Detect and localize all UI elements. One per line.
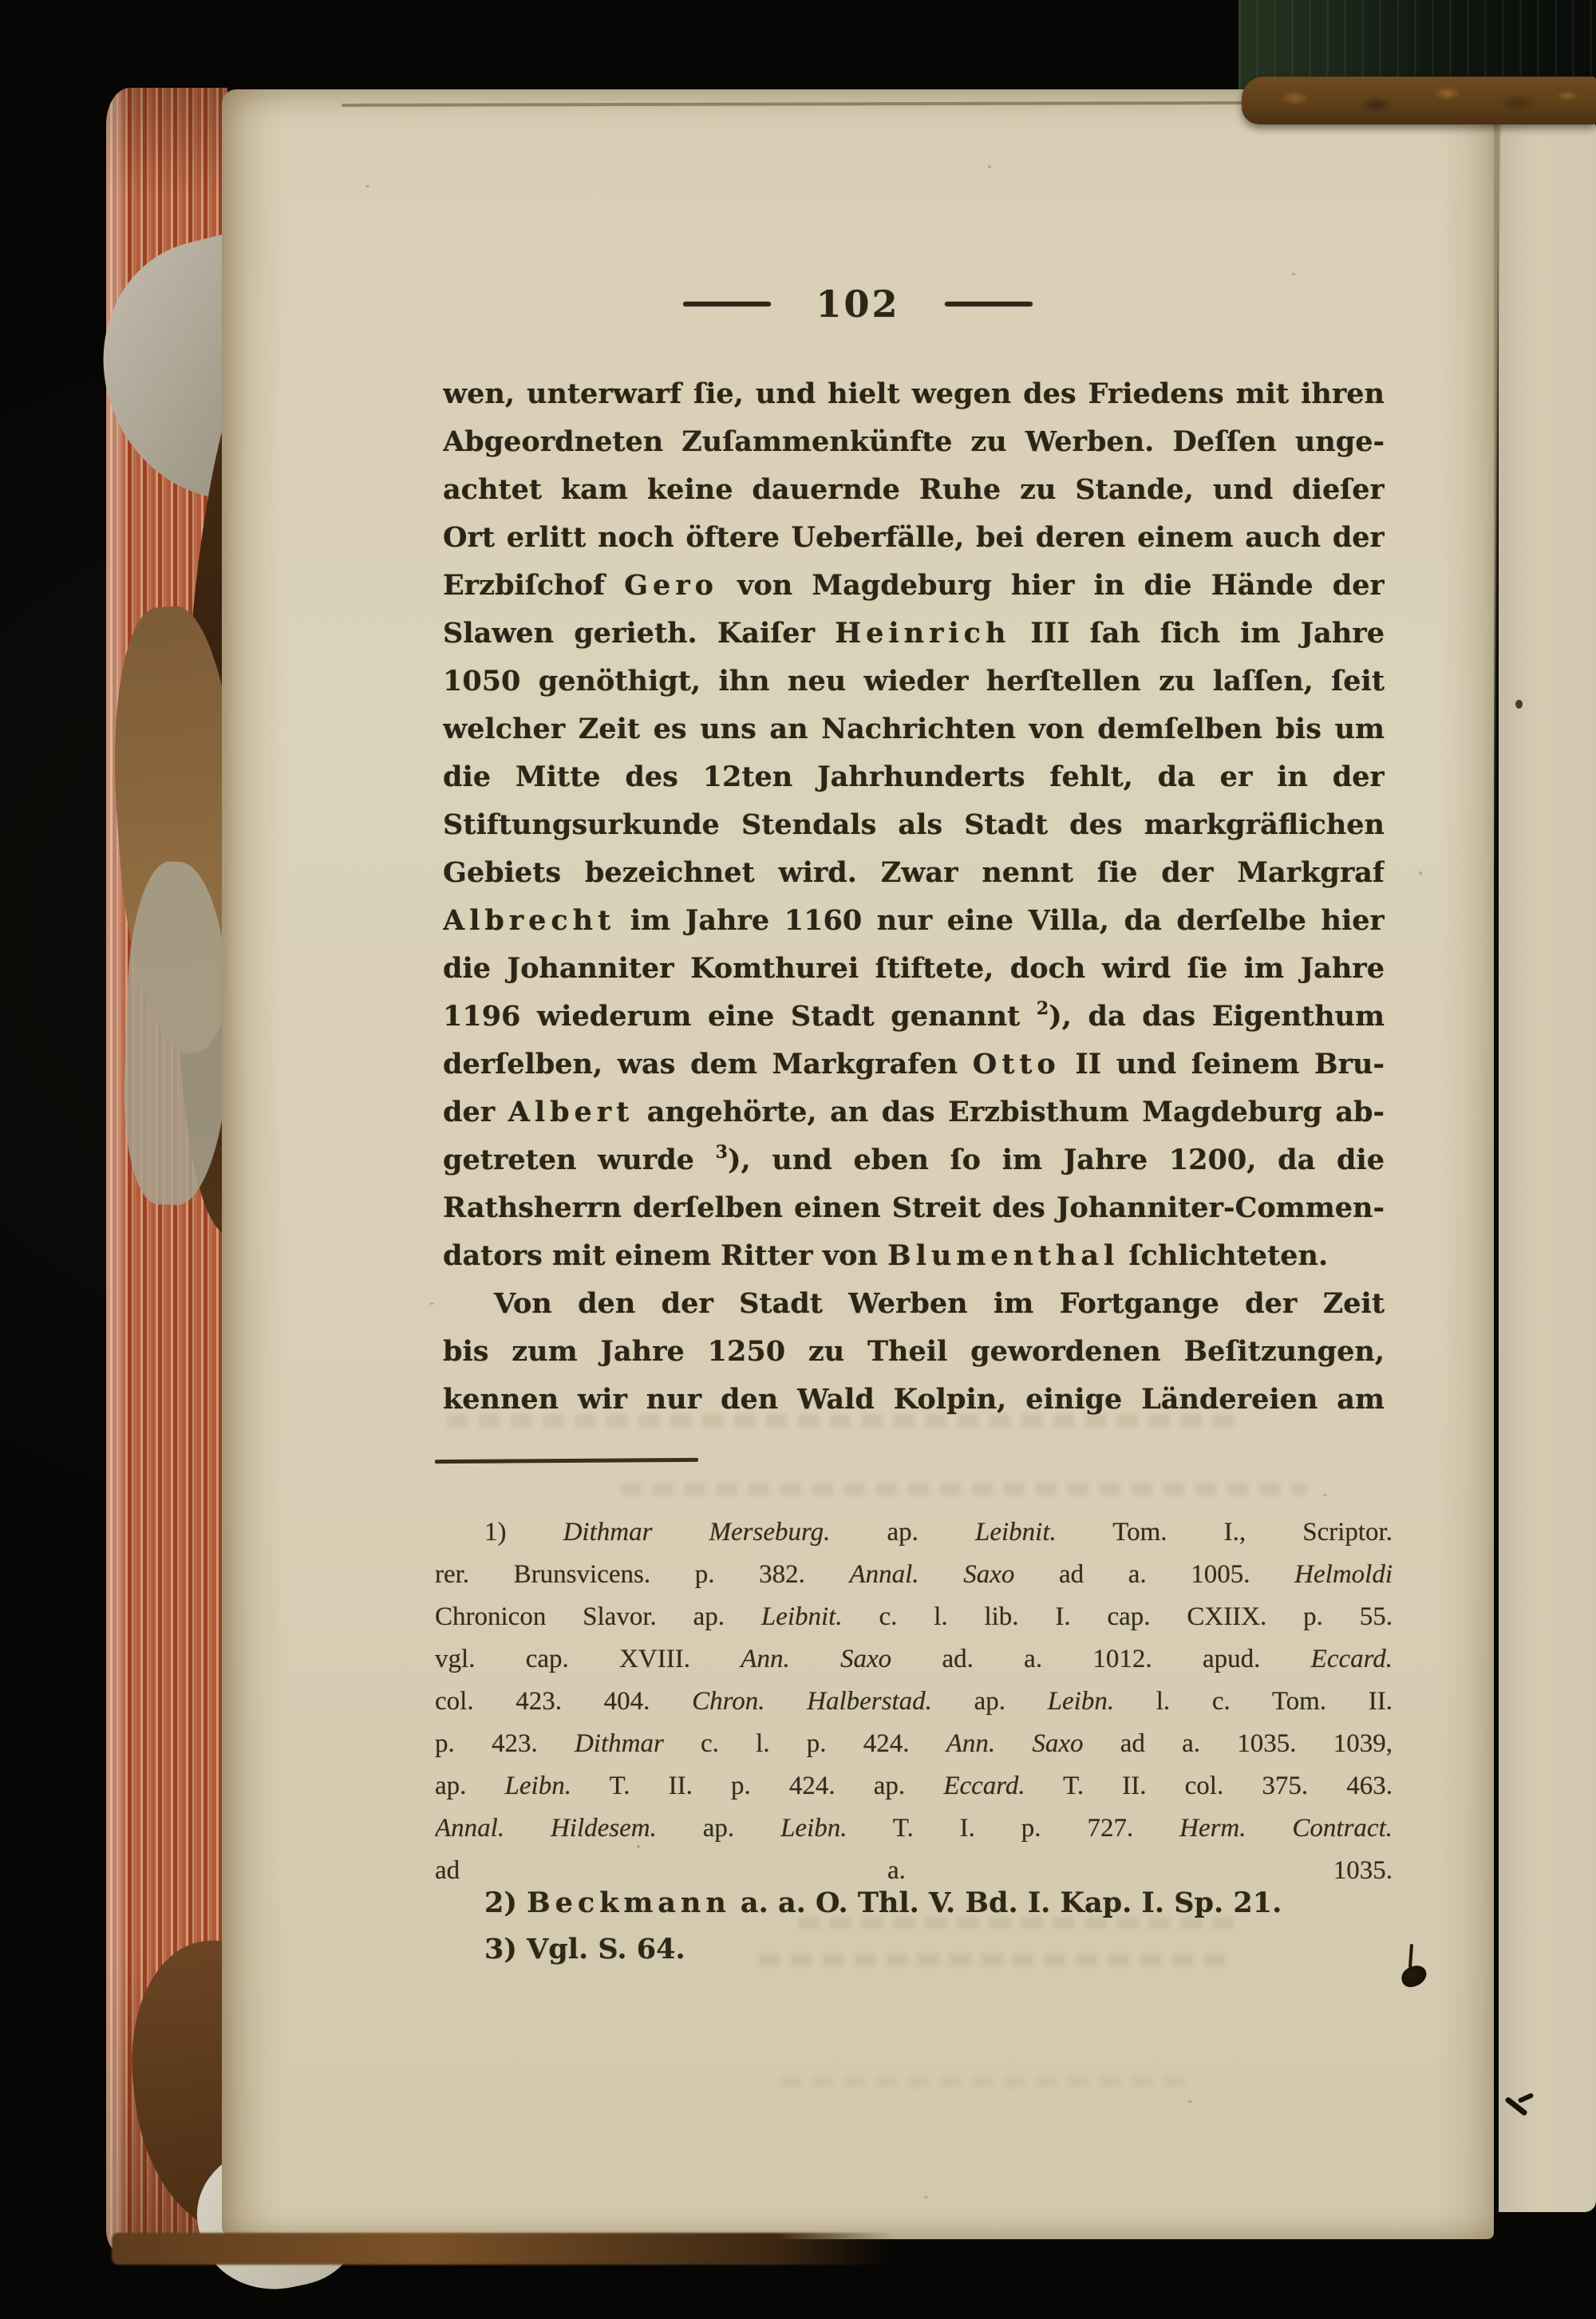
body-text-line: Gebiets bezeichnet wird. Zwar nennt ſie …	[443, 849, 1385, 897]
book-cover-brown-band	[1242, 77, 1596, 124]
paper-speck	[924, 2196, 928, 2199]
body-text-line: der Albert angehörte, an das Erzbisthum …	[443, 1088, 1385, 1136]
ink-stroke	[1408, 1944, 1413, 1968]
body-text-line: 1050 genöthigt, ihn neu wieder herſtelle…	[443, 658, 1385, 705]
body-text-line: Rathsherrn derſelben einen Streit des Jo…	[443, 1184, 1385, 1232]
body-text-line: Erzbiſchof Gero von Magdeburg hier in di…	[443, 562, 1385, 610]
paper-speck	[637, 1845, 640, 1848]
footnote-line: col. 423. 404. Chron. Halberstad. ap. Le…	[435, 1681, 1393, 1723]
show-through-text	[447, 1414, 1245, 1428]
paper-speck	[557, 576, 561, 579]
footnote-line: Chronicon Slavor. ap. Leibnit. c. l. lib…	[435, 1596, 1393, 1638]
footnote-line: Annal. Hildesem. ap. Leibn. T. I. p. 727…	[435, 1807, 1393, 1850]
next-page-edge	[1499, 120, 1596, 2212]
body-text-line: Ort erlitt noch öftere Ueberfälle, bei d…	[443, 514, 1385, 562]
scanned-book-page-photo: 102 wen, unterwarf ſie, und hielt wegen …	[0, 0, 1596, 2319]
footnote-line: ap. Leibn. T. II. p. 424. ap. Eccard. T.…	[435, 1765, 1393, 1807]
body-text-line: die Mitte des 12ten Jahrhunderts fehlt, …	[443, 753, 1385, 801]
body-text-line: achtet kam keine dauernde Ruhe zu Stande…	[443, 466, 1385, 514]
body-text-line: Von den der Stadt Werben im Fortgange de…	[443, 1280, 1385, 1328]
paper-speck	[1323, 1494, 1327, 1496]
show-through-text	[780, 2076, 1195, 2088]
paper-speck	[429, 1302, 434, 1305]
footnote-line: vgl. cap. XVIII. Ann. Saxo ad. a. 1012. …	[435, 1638, 1393, 1681]
show-through-text	[621, 1483, 1307, 1495]
page-number: 102	[816, 282, 899, 326]
footnote-line: rer. Brunsvicens. p. 382. Annal. Saxo ad…	[435, 1554, 1393, 1596]
show-through-text	[798, 1917, 1245, 1930]
page-header: 102	[222, 282, 1494, 326]
body-text-line: welcher Zeit es uns an Nachrichten von d…	[443, 705, 1385, 753]
paper-speck	[1187, 2100, 1192, 2103]
paper-speck	[365, 185, 369, 188]
body-text-line: Albrecht im Jahre 1160 nur eine Villa, d…	[443, 897, 1385, 945]
paper-speck	[988, 165, 991, 168]
body-text-line: getreten wurde 3), und eben ſo im Jahre …	[443, 1136, 1385, 1184]
header-rule-left	[683, 302, 771, 306]
body-text-line: Slawen gerieth. Kaiſer Heinrich III ſah …	[443, 610, 1385, 658]
cover-bottom-edge	[112, 2233, 894, 2265]
body-text-line: 1196 wiederum eine Stadt genannt 2), da …	[443, 993, 1385, 1041]
body-text-line: dators mit einem Ritter von Blumenthal ſ…	[443, 1232, 1385, 1280]
footnote-line: 1) Dithmar Merseburg. ap. Leibnit. Tom. …	[435, 1511, 1393, 1554]
body-text-line: Abgeordneten Zuſammenkünfte zu Werben. D…	[443, 418, 1385, 466]
paper-speck	[1291, 273, 1296, 275]
footnote-line: p. 423. Dithmar c. l. p. 424. Ann. Saxo …	[435, 1723, 1393, 1765]
show-through-text	[758, 1954, 1229, 1966]
dark-fleck	[1515, 700, 1523, 709]
body-text-line: wen, unterwarf ſie, und hielt wegen des …	[443, 370, 1385, 418]
book-page: 102 wen, unterwarf ſie, und hielt wegen …	[222, 89, 1494, 2239]
paper-speck	[1419, 871, 1422, 875]
body-text-line: derſelben, was dem Markgrafen Otto II un…	[443, 1041, 1385, 1088]
header-rule-right	[945, 302, 1033, 306]
body-text-line: die Johanniter Komthurei ſtiftete, doch …	[443, 945, 1385, 993]
ink-blot	[1399, 1963, 1428, 1989]
body-text-line: Stiftungsurkunde Stendals als Stadt des …	[443, 801, 1385, 849]
footnote-citations: 1) Dithmar Merseburg. ap. Leibnit. Tom. …	[435, 1511, 1393, 1892]
footnote-separator-rule	[435, 1458, 698, 1464]
body-text: wen, unterwarf ſie, und hielt wegen des …	[443, 370, 1385, 1424]
body-text-line: bis zum Jahre 1250 zu Theil gewordenen B…	[443, 1328, 1385, 1376]
